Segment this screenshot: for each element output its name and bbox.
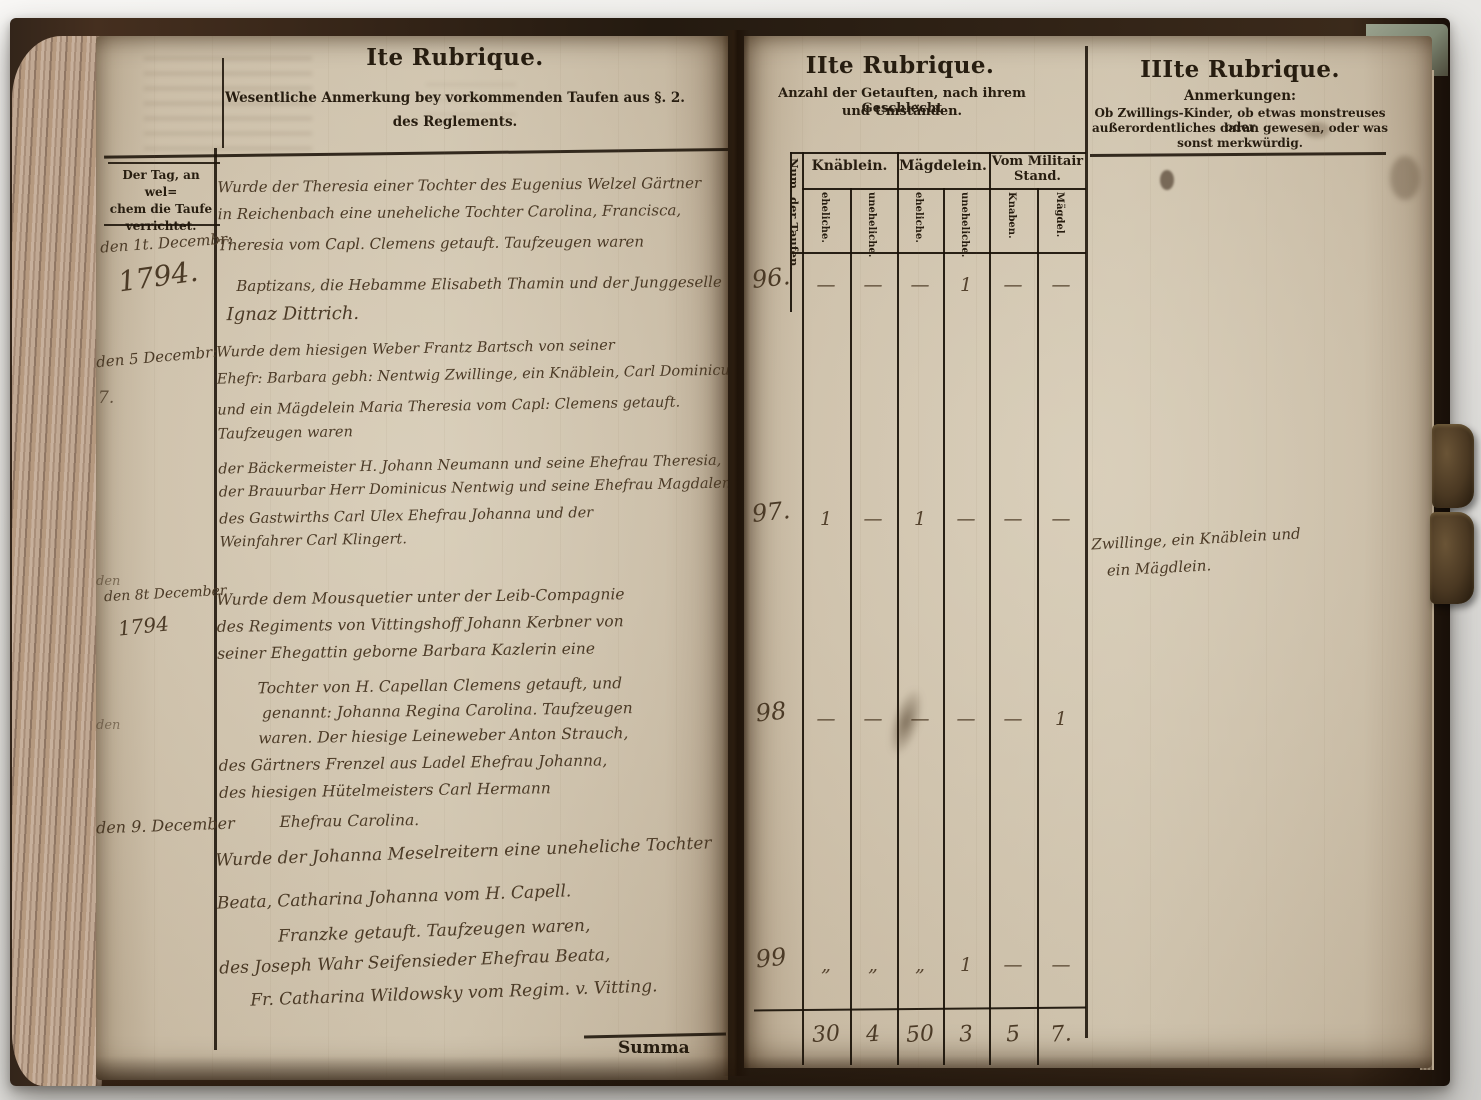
- entry-date: den 8t December: [104, 583, 227, 605]
- entry-block: Wurde dem Mousquetier unter der Leib-Com…: [216, 585, 634, 841]
- subcolumn-header: eheliche.: [913, 192, 924, 243]
- entry-date: den 5 Decembr:: [96, 343, 218, 372]
- stain: [1390, 156, 1420, 200]
- entry-date-year: 1794.: [116, 255, 200, 299]
- subcolumn-header: eheliche.: [819, 192, 830, 243]
- header-divider: [222, 58, 224, 148]
- baptism-number: 98: [745, 695, 798, 728]
- rubrique1-title: Ite Rubrique.: [325, 44, 585, 71]
- right-page: IIte Rubrique. Anzahl der Getauften, nac…: [744, 36, 1432, 1068]
- book-clasp-bottom: [1430, 512, 1474, 604]
- book-clasp-top: [1432, 424, 1474, 508]
- entry-line: des hiesigen Hütelmeisters Carl Hermann: [219, 778, 634, 811]
- baptism-count-table: Num. der Taufen. Knäblein. Mägdelein. Vo…: [790, 152, 1086, 1065]
- count-cell: —: [853, 708, 893, 730]
- entry-line: seiner Ehegattin geborne Barbara Kazleri…: [217, 639, 632, 672]
- summa-cell: 3: [945, 1021, 987, 1049]
- register-photo: Ite Rubrique. Wesentliche Anmerkung bey …: [0, 0, 1481, 1100]
- count-cell: —: [946, 508, 986, 530]
- table-border-v: [850, 188, 852, 1065]
- subcolumn-header: Mägdel.: [1054, 192, 1065, 237]
- group-header-knaeblein: Knäblein.: [802, 158, 897, 174]
- entry-date-year: 1794: [117, 611, 170, 640]
- count-cell: —: [993, 954, 1033, 976]
- summa-cell: 5: [992, 1021, 1034, 1049]
- rubrique3-rule: [1090, 152, 1386, 157]
- count-cell: —: [993, 708, 1033, 730]
- date-column-header-line: Der Tag, an wel=: [104, 167, 218, 201]
- annotation: Zwillinge, ein Knäblein und ein Mägdlein…: [1091, 521, 1303, 586]
- entry-block: Wurde der Theresia einer Tochter des Eug…: [217, 174, 722, 331]
- date-box-rule: [108, 162, 220, 164]
- summa-cell: 30: [805, 1021, 847, 1049]
- page-stack-fore-edge: [12, 36, 102, 1086]
- table-border-v: [1037, 188, 1039, 1065]
- count-cell: —: [1041, 954, 1081, 976]
- rubrique3-heading: Anmerkungen:: [1090, 88, 1390, 104]
- count-cell: —: [993, 508, 1033, 530]
- subcolumn-header: uneheliche.: [866, 192, 877, 257]
- gutter-shadow: [722, 30, 750, 1076]
- summa-label: Summa: [618, 1038, 690, 1058]
- summa-cell: 50: [899, 1021, 941, 1049]
- rubrique1-subtitle-line: Wesentliche Anmerkung bey vorkommenden T…: [175, 90, 728, 106]
- entry-line: in Reichenbach eine uneheliche Tochter C…: [218, 201, 722, 232]
- rubrique1-subtitle-line: des Reglements.: [175, 114, 728, 130]
- table-border-v: [943, 188, 945, 1065]
- count-cell: 1: [946, 954, 986, 976]
- table-border-subheader: [790, 252, 1086, 254]
- left-page: Ite Rubrique. Wesentliche Anmerkung bey …: [96, 36, 728, 1080]
- subcolumn-header: Knaben.: [1006, 192, 1017, 239]
- rubrique3-subtitle-line: außerordentliches daran gewesen, oder wa…: [1090, 121, 1390, 135]
- count-cell: „: [853, 954, 893, 976]
- stain: [1160, 170, 1174, 190]
- count-cell: —: [993, 274, 1033, 296]
- table-row: 99„„„1——: [790, 948, 1086, 992]
- count-cell: —: [1041, 274, 1081, 296]
- entry-line: Ehefrau Carolina.: [219, 808, 634, 841]
- rubrique3-title: IIIte Rubrique.: [1110, 56, 1370, 83]
- entry-line: Wurde der Johanna Meselreitern eine uneh…: [215, 833, 712, 884]
- date-box-rule: [104, 224, 220, 226]
- count-cell: 1: [806, 508, 846, 530]
- page-bottom-shadow: [96, 1056, 1432, 1086]
- subcolumn-header: uneheliche.: [959, 192, 970, 257]
- count-cell: „: [900, 954, 940, 976]
- count-cell: 1: [946, 274, 986, 296]
- entry-block: Wurde dem hiesigen Weber Frantz Bartsch …: [216, 331, 728, 561]
- margin-mark: den: [96, 574, 120, 589]
- count-cell: 1: [900, 508, 940, 530]
- rubrique2-title: IIte Rubrique.: [770, 52, 1030, 79]
- entry-block: Wurde der Johanna Meselreitern eine uneh…: [215, 833, 717, 1025]
- count-cell: —: [946, 708, 986, 730]
- summa-cell: 4: [852, 1021, 894, 1049]
- count-cell: —: [900, 274, 940, 296]
- count-cell: 1: [1041, 708, 1081, 730]
- count-cell: —: [853, 508, 893, 530]
- count-cell: —: [806, 274, 846, 296]
- entry-line: Theresia vom Capl. Clemens getauft. Tauf…: [218, 232, 722, 263]
- num-column-label: Num. der Taufen.: [787, 158, 801, 270]
- baptism-number: 96.: [745, 261, 798, 294]
- entry-line: Ignaz Dittrich.: [218, 300, 722, 331]
- table-row: 98—————1: [790, 702, 1086, 746]
- baptism-number: 97.: [745, 495, 798, 528]
- margin-mark: den: [96, 718, 120, 733]
- count-cell: „: [806, 954, 846, 976]
- count-cell: —: [1041, 508, 1081, 530]
- rubrique2-subtitle-line: und Umständen.: [744, 104, 1060, 119]
- table-row: 96.———1——: [790, 268, 1086, 312]
- date-column-header-line: chem die Taufe: [104, 201, 218, 218]
- summa-row: 30450357.: [790, 1016, 1086, 1060]
- summa-cell: 7.: [1040, 1021, 1082, 1049]
- group-header-militair: Vom Militair Stand.: [991, 154, 1084, 184]
- rubrique3-subtitle-line: sonst merkwürdig.: [1090, 136, 1390, 150]
- group-header-maegdelein: Mägdelein.: [897, 158, 989, 174]
- baptism-number: 99: [745, 941, 798, 974]
- count-cell: —: [806, 708, 846, 730]
- margin-mark: 7.: [98, 388, 114, 408]
- table-row: 97.1—1———: [790, 502, 1086, 546]
- header-rule: [104, 148, 728, 158]
- count-cell: —: [853, 274, 893, 296]
